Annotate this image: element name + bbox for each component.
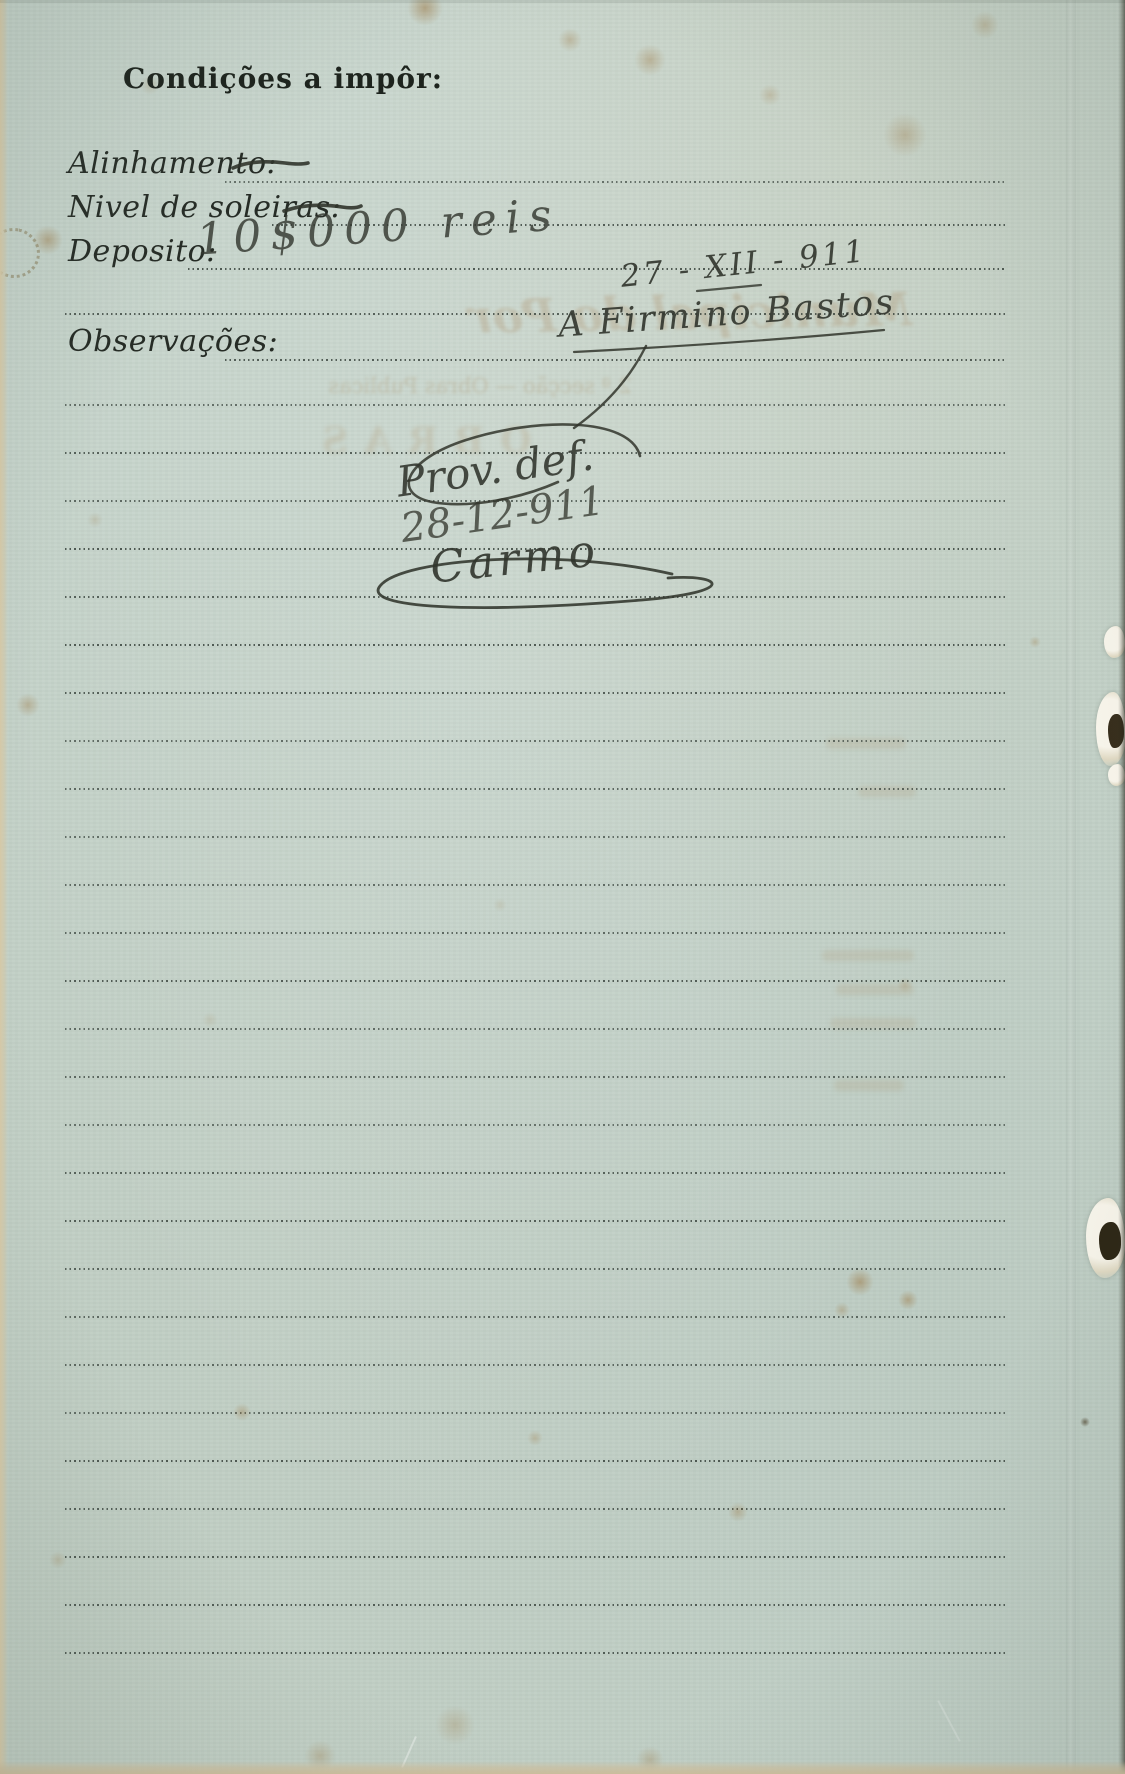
ruled-line <box>65 1364 1005 1366</box>
document-page: Municipal do Por 2.ª secção — Obras Publ… <box>0 0 1125 1774</box>
ruled-line <box>188 268 1005 270</box>
ruled-line <box>272 224 1005 226</box>
bleedthrough-mark <box>834 1080 904 1091</box>
ruled-line <box>65 1412 1005 1414</box>
ruled-line <box>65 1460 1005 1462</box>
ruled-line <box>65 692 1005 694</box>
field-label-alinhamento: Alinhamento: <box>68 146 277 181</box>
scratch-mark <box>937 1700 960 1742</box>
foxing-stain <box>407 0 443 26</box>
ruled-line <box>65 884 1005 886</box>
foxing-stain <box>1080 1417 1090 1427</box>
ruled-line <box>65 1172 1005 1174</box>
foxing-stain <box>49 1551 67 1569</box>
ruled-line <box>65 740 1005 742</box>
ruled-line <box>65 932 1005 934</box>
ruled-line <box>65 788 1005 790</box>
ruled-line <box>65 836 1005 838</box>
ruled-line <box>65 1028 1005 1030</box>
page-left-edge <box>0 0 8 1774</box>
handwritten-approval-signature: Carmo <box>428 525 602 593</box>
date-underline-stroke <box>697 285 761 291</box>
ruled-line <box>65 1076 1005 1078</box>
ruled-line <box>225 359 1005 361</box>
ruled-line <box>65 1556 1005 1558</box>
ruled-line <box>65 980 1005 982</box>
handwritten-approval-note: Prov. def. <box>394 430 597 506</box>
bleedthrough-heading-text: OBRAS <box>306 420 532 462</box>
ruled-line <box>65 313 1005 315</box>
form-title: Condições a impôr: <box>123 62 443 95</box>
bleedthrough-mark <box>836 984 914 995</box>
ruled-line <box>65 1220 1005 1222</box>
page-right-edge <box>1118 0 1125 1774</box>
signature-underline-stroke <box>574 330 884 352</box>
ruled-line <box>65 548 1005 550</box>
ruled-line <box>65 1508 1005 1510</box>
foxing-stain <box>493 898 507 912</box>
field-label-observacoes: Observações: <box>68 324 278 359</box>
ruled-line <box>65 1316 1005 1318</box>
vertical-crease <box>1066 0 1076 1774</box>
foxing-stain <box>846 1268 874 1296</box>
ruled-line <box>65 1604 1005 1606</box>
foxing-stain <box>883 113 927 157</box>
foxing-stain <box>558 28 582 52</box>
handwritten-date: 27 - XII - 911 <box>619 233 869 295</box>
field-label-deposito: Deposito: <box>68 234 217 269</box>
bleedthrough-subtitle-text: 2.ª secção — Obras Publicas <box>300 374 660 398</box>
foxing-stain <box>527 1430 543 1446</box>
foxing-stain <box>759 84 781 106</box>
foxing-stain <box>971 11 999 39</box>
field-label-nivel-soleiras: Nivel de soleiras: <box>68 190 341 225</box>
foxing-stain <box>634 44 666 76</box>
foxing-stain <box>1029 636 1041 648</box>
foxing-stain <box>87 512 103 528</box>
ruled-line <box>65 644 1005 646</box>
bleedthrough-mark <box>822 950 914 961</box>
handwritten-approval-date: 28-12-911 <box>398 478 608 552</box>
foxing-stain <box>202 1012 218 1028</box>
page-top-edge <box>0 0 1125 3</box>
ruled-line <box>65 404 1005 406</box>
ruled-line <box>65 1124 1005 1126</box>
foxing-stain <box>728 1502 748 1522</box>
ruled-line <box>65 1652 1005 1654</box>
ruled-line <box>65 596 1005 598</box>
ruled-line <box>225 181 1005 183</box>
page-bottom-edge <box>0 1761 1125 1774</box>
ruled-line <box>65 500 1005 502</box>
approval-note-loop-stroke <box>409 424 640 504</box>
foxing-stain <box>435 1705 475 1745</box>
ruled-line <box>65 452 1005 454</box>
foxing-stain <box>898 1290 918 1310</box>
approval-signature-flourish-stroke <box>378 559 712 608</box>
foxing-stain <box>16 693 40 717</box>
ruled-line <box>65 1268 1005 1270</box>
